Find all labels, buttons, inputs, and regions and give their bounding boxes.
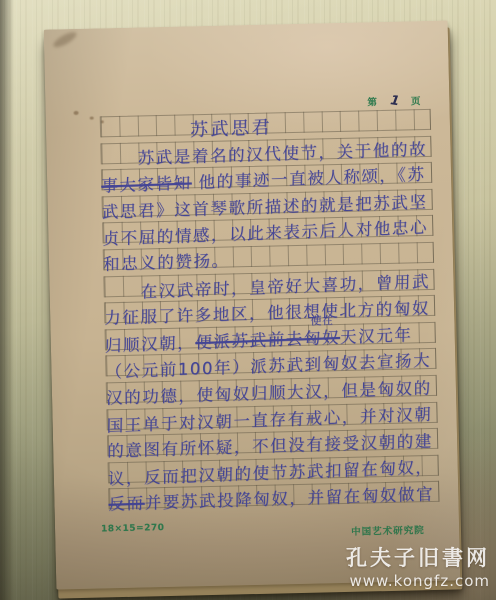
manuscript-grid [44,20,448,29]
photo-scene: 第 1 页 苏武思君苏武是着名的汉代使节，关于他的故事大家皆知 他的事迹一直被人… [0,0,496,600]
watermark-site-name: 孔夫子旧書网 [346,542,490,572]
page-header-prefix: 第 [367,94,378,108]
handwriting-line: 和忠义的赞扬。 [103,247,230,275]
struck-text: 便派苏武前去匈奴 [195,328,340,352]
institution-label: 中国艺术研究院 [351,522,425,538]
manuscript-sheet: 第 1 页 苏武思君苏武是着名的汉代使节，关于他的故事大家皆知 他的事迹一直被人… [44,20,461,589]
watermark: 孔夫子旧書网 www.kongfz.com [346,542,490,590]
stain-spot [90,117,94,120]
stain-spot [74,111,79,115]
page-header-suffix: 页 [411,93,422,107]
page-number: 1 [389,93,400,109]
corner-smudge [51,29,78,50]
text-segment: 归顺汉朝， [105,333,196,355]
text-segment: 和忠义的赞扬。 [103,251,230,274]
insertion-text: 便在 [310,312,333,329]
table-edge-shadow [0,0,14,600]
text-segment: 他的事迹一直被人称颂，《苏 [192,165,426,193]
text-segment: 天汉元年 [340,325,413,347]
watermark-url: www.kongfz.com [346,572,490,590]
text-segment: 苏武思君 [190,117,272,141]
struck-text: 事大家皆知 [101,174,192,196]
text-segment: 并要苏武投降匈奴，并留在匈奴做官 [145,485,435,513]
struck-text: 反而 [108,494,144,514]
text-segment: 便在 [310,314,333,328]
handwriting-line: 苏武思君 [190,113,272,142]
page-header: 第 1 页 [367,93,421,109]
handwriting-layer: 苏武思君苏武是着名的汉代使节，关于他的故事大家皆知 他的事迹一直被人称颂，《苏武… [44,20,448,29]
grid-spec-label: 18×15=270 [101,523,165,534]
